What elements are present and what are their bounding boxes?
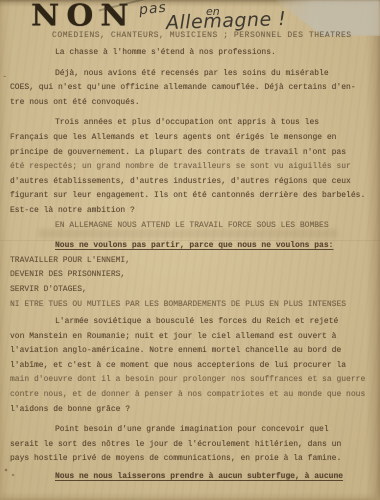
text-line: pays hostile privé de moyens de communic… bbox=[10, 452, 376, 467]
text-line: l'abîme, et c'est à ce moment que nous a… bbox=[10, 359, 376, 374]
leaflet-title: NON bbox=[31, 2, 136, 31]
text-line: von Manstein en Roumanie; nuit et jour l… bbox=[10, 330, 376, 345]
text-line: contre nous, et de donner à penser à nos… bbox=[10, 388, 376, 403]
text-line: Est-ce là notre ambition ? bbox=[10, 204, 376, 219]
text-line: Point besoin d'une grande imagination po… bbox=[10, 423, 376, 438]
text-line: serait le sort des nôtres le jour de l'é… bbox=[10, 438, 376, 453]
text-line: COES, qui n'est qu'une officine allemand… bbox=[10, 81, 376, 96]
handwritten-word-pas: pas bbox=[138, 0, 167, 18]
text-line: figurant sur leur engagement. Ils ont ét… bbox=[10, 189, 376, 204]
text-line: principe de gouvernement. La plupart des… bbox=[10, 146, 376, 161]
margin-mark: - bbox=[2, 72, 7, 82]
subtitle-professions: COMEDIENS, CHANTEURS, MUSICIENS ; PERSON… bbox=[52, 31, 352, 40]
text-line: NI ETRE TUES OU MUTILES PAR LES BOMBARDE… bbox=[10, 298, 376, 313]
text-line: tre nous ont été convoqués. bbox=[10, 96, 376, 111]
text-line: main d'oeuvre dont il a besoin pour prol… bbox=[10, 373, 376, 388]
text-line: Trois années et plus d'occupation ont ap… bbox=[10, 116, 376, 131]
text-line: TRAVAILLER POUR L'ENNEMI, bbox=[10, 254, 376, 269]
text-line: SERVIR D'OTAGES, bbox=[10, 283, 376, 298]
text-line: l'aviation anglo-américaine. Notre ennem… bbox=[10, 344, 376, 359]
text-line: Français que les Allemands et leurs agen… bbox=[10, 131, 376, 146]
text-line: été respectés; un grand nombre de travai… bbox=[10, 160, 376, 175]
text-line-underlined: Nous ne voulons pas partir, parce que no… bbox=[10, 239, 376, 254]
text-line: DEVENIR DES PRISONNIERS, bbox=[10, 268, 376, 283]
text-line: La chasse à l'homme s'étend à nos profes… bbox=[10, 46, 376, 61]
text-line: L'armée soviétique a bousculé les forces… bbox=[10, 315, 376, 330]
leaflet-body: La chasse à l'homme s'étend à nos profes… bbox=[10, 46, 376, 485]
text-line: d'autres établissements, d'autres indust… bbox=[10, 175, 376, 190]
text-line: Déjà, nous avions été recensés par les s… bbox=[10, 67, 376, 82]
text-line-heading: EN ALLEMAGNE NOUS ATTEND LE TRAVAIL FORC… bbox=[10, 219, 376, 234]
text-line-underlined: Nous ne nous laisserons prendre à aucun … bbox=[10, 470, 376, 485]
text-line: l'aidons de bonne grâce ? bbox=[10, 403, 376, 418]
